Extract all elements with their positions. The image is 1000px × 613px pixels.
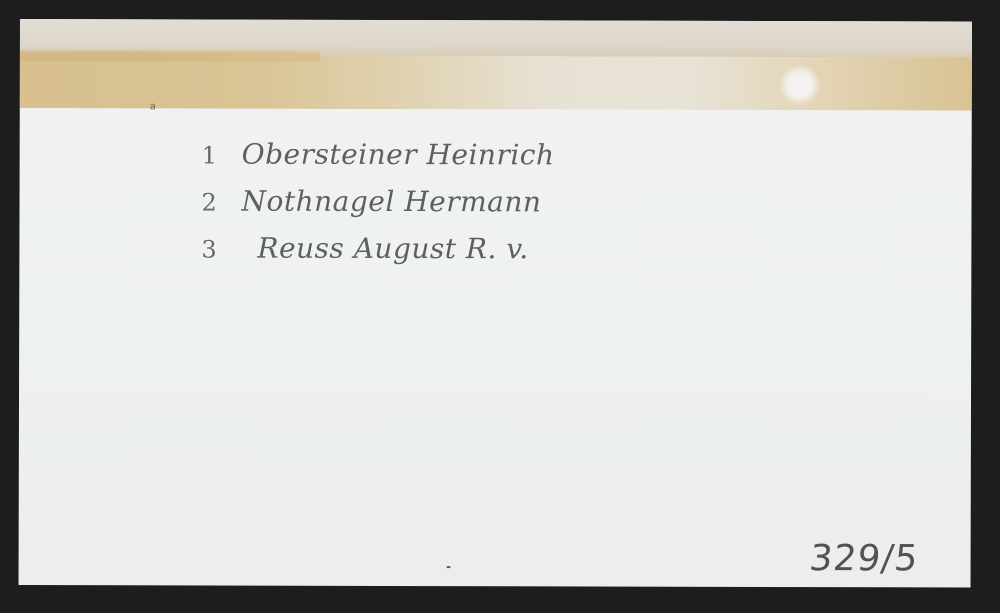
- entry-name: Reuss August R. v.: [257, 226, 528, 273]
- stain-edge: [20, 47, 320, 62]
- name-entry: 2 Nothnagel Hermann: [201, 178, 554, 226]
- entry-name: Nothnagel Hermann: [241, 179, 541, 226]
- names-list: 1 Obersteiner Heinrich 2 Nothnagel Herma…: [201, 131, 554, 273]
- entry-number: 1: [202, 132, 242, 178]
- entry-number: 3: [201, 226, 257, 272]
- name-entry: 3 Reuss August R. v.: [201, 225, 554, 273]
- entry-name: Obersteiner Heinrich: [242, 132, 555, 179]
- margin-mark: a: [150, 101, 158, 111]
- catalog-number: 329/5: [808, 538, 921, 579]
- speck: [447, 566, 451, 568]
- tape-stain: [20, 55, 972, 110]
- entry-number: 2: [201, 179, 241, 225]
- name-entry: 1 Obersteiner Heinrich: [202, 131, 555, 179]
- light-spot: [778, 65, 822, 105]
- photo-card-back: a 1 Obersteiner Heinrich 2 Nothnagel Her…: [19, 19, 972, 587]
